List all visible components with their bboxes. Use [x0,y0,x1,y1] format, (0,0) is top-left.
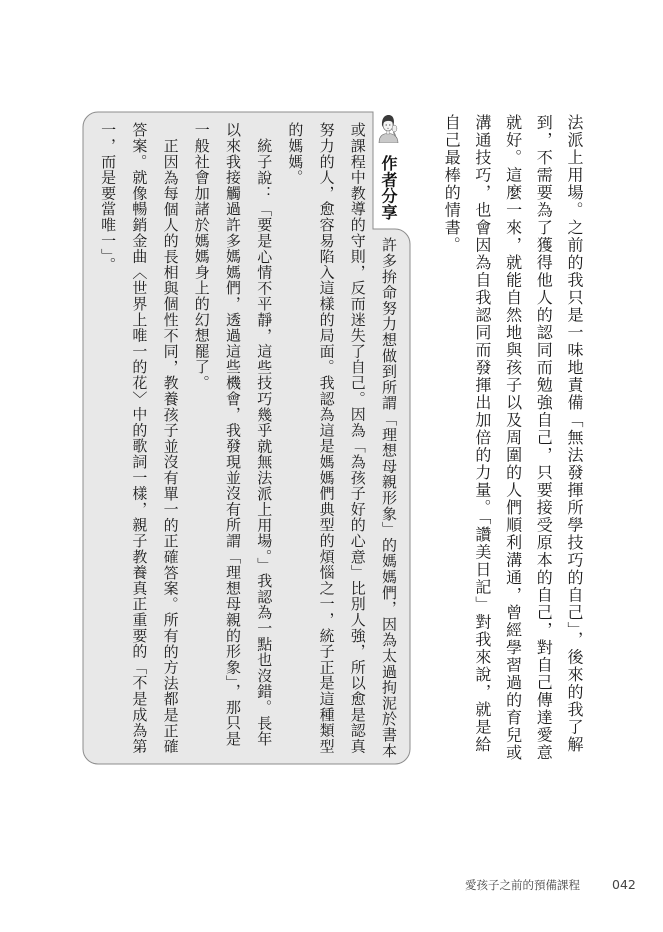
text-column: 正因為每個人的長相與個性不同，教養孩子並沒有單一的正確答案。所有的方法都是正確 [154,122,185,762]
text-column: 的媽媽。 [279,122,310,762]
text-column: 答案。就像暢銷金曲〈世界上唯一的花〉中的歌詞一樣，親子教養真正重要的「不是成為第 [123,122,154,762]
text-column: 到，不需要為了獲得他人的認同而勉強自己，只要接受原本的自己，對自己傳達愛意 [528,114,559,784]
text-column: 或課程中教導的守則，反而迷失了自己。因為「為孩子好的心意」比別人強，所以愈是認真 [342,122,373,762]
author-sharing-box: 作者分享 許多拚命努力想做到所謂「理想母親形象」的媽媽們，因為太過拘泥於書本 或… [82,111,413,768]
main-body-text: 法派上用場。之前的我只是一味地責備「無法發揮所學技巧的自己」，後來的我了解 到，… [435,114,589,784]
text-column: 一般社會加諸於媽媽身上的幻想罷了。 [186,122,217,762]
text-column: 努力的人，愈容易陷入這樣的局面。我認為這是媽媽們典型的煩惱之一，統子正是這種類型 [310,122,341,762]
text-column: 統子說：「要是心情不平靜，這些技巧幾乎就無法派上用場。」我認為一點也沒錯。長年 [248,122,279,762]
text-column: 法派上用場。之前的我只是一味地責備「無法發揮所學技巧的自己」，後來的我了解 [558,114,589,784]
page-number: 042 [612,877,636,892]
text-column: 許多拚命努力想做到所謂「理想母親形象」的媽媽們，因為太過拘泥於書本 [373,122,404,762]
text-column: 一，而是要當唯一」。 [92,122,123,762]
book-page: 法派上用場。之前的我只是一味地責備「無法發揮所學技巧的自己」，後來的我了解 到，… [0,0,663,932]
running-title: 愛孩子之前的預備課程 [465,877,580,893]
text-column: 自己最棒的情書。 [435,114,466,784]
text-column: 溝通技巧，也會因為自我認同而發揮出加倍的力量。「讚美日記」對我來說，就是給 [466,114,497,784]
text-column: 就好。這麼一來，就能自然地與孩子以及周圍的人們順利溝通，曾經學習過的育兒或 [497,114,528,784]
text-column: 以來我接觸過許多媽媽們，透過這些機會，我發現並沒有所謂「理想母親的形象」，那只是 [217,122,248,762]
box-body-text: 許多拚命努力想做到所謂「理想母親形象」的媽媽們，因為太過拘泥於書本 或課程中教導… [92,122,404,762]
